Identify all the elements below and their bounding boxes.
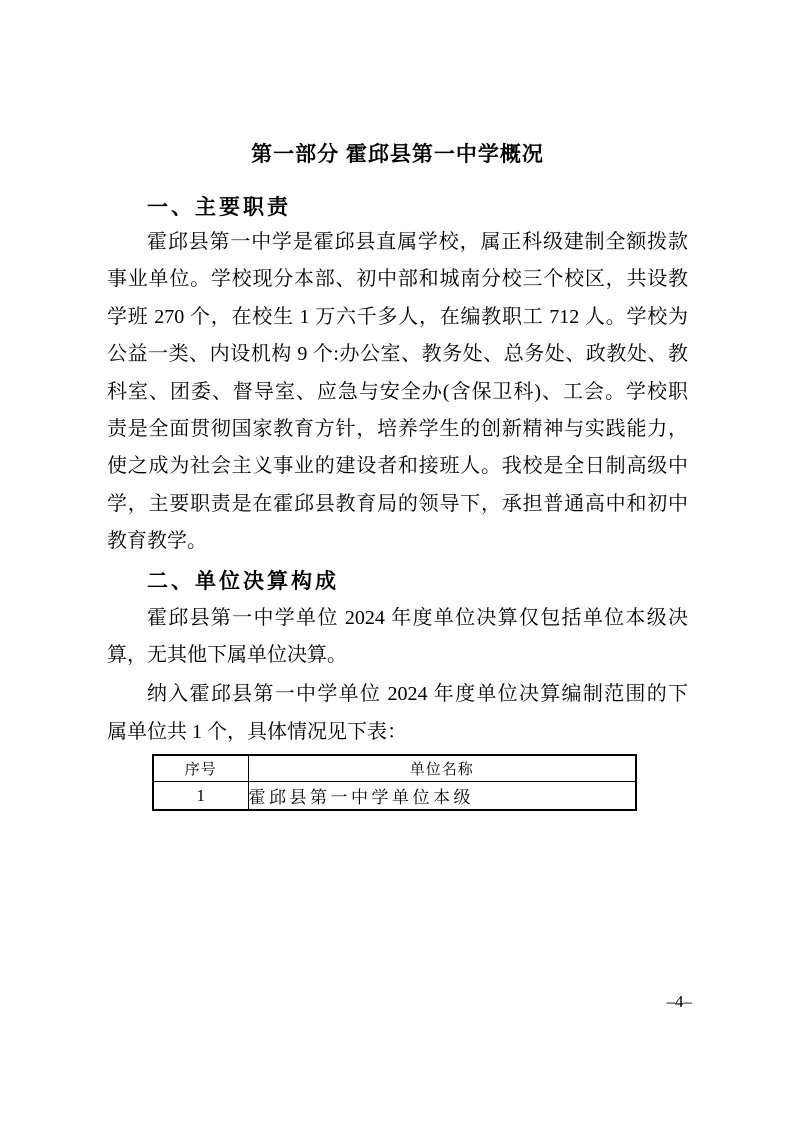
subordinate-units-table: 序号 单位名称 1 霍邱县第一中学单位本级 <box>152 754 637 811</box>
document-page: 第一部分 霍邱县第一中学概况 一、主要职责 霍邱县第一中学是霍邱县直属学校，属正… <box>0 0 793 1122</box>
page-number: –4– <box>667 991 693 1013</box>
section-1-paragraph: 霍邱县第一中学是霍邱县直属学校，属正科级建制全额拨款 事业单位。学校现分本部、初… <box>107 224 688 561</box>
table-row: 1 霍邱县第一中学单位本级 <box>153 782 636 811</box>
table-cell-unit-name: 霍邱县第一中学单位本级 <box>248 782 636 811</box>
paragraph-line: 科室、团委、督导室、应急与安全办(含保卫科)、工会。学校职 <box>107 374 688 411</box>
paragraph-line: 事业单位。学校现分本部、初中部和城南分校三个校区，共设教 <box>107 261 688 298</box>
paragraph-line: 公益一类、内设机构 9 个:办公室、教务处、总务处、政教处、教 <box>107 336 688 373</box>
table-header-index: 序号 <box>153 755 248 782</box>
paragraph-line: 责是全面贯彻国家教育方针，培养学生的创新精神与实践能力， <box>107 411 688 448</box>
paragraph-line: 教育教学。 <box>107 523 688 560</box>
section-1-heading: 一、主要职责 <box>107 195 688 221</box>
section-2-paragraph-1: 霍邱县第一中学单位 2024 年度单位决算仅包括单位本级决 算，无其他下属单位决… <box>107 600 688 675</box>
table-cell-index: 1 <box>153 782 248 811</box>
table-header-row: 序号 单位名称 <box>153 755 636 782</box>
paragraph-line: 霍邱县第一中学是霍邱县直属学校，属正科级建制全额拨款 <box>107 224 688 261</box>
paragraph-line: 霍邱县第一中学单位 2024 年度单位决算仅包括单位本级决 <box>107 600 688 637</box>
paragraph-line: 学班 270 个，在校生 1 万六千多人，在编教职工 712 人。学校为 <box>107 299 688 336</box>
document-title: 第一部分 霍邱县第一中学概况 <box>107 139 688 171</box>
paragraph-line: 算，无其他下属单位决算。 <box>107 637 688 674</box>
table-header-unit-name: 单位名称 <box>248 755 636 782</box>
paragraph-line: 使之成为社会主义事业的建设者和接班人。我校是全日制高级中 <box>107 448 688 485</box>
document-content: 第一部分 霍邱县第一中学概况 一、主要职责 霍邱县第一中学是霍邱县直属学校，属正… <box>107 139 688 811</box>
section-2-heading: 二、单位决算构成 <box>107 569 688 595</box>
paragraph-line: 学，主要职责是在霍邱县教育局的领导下，承担普通高中和初中 <box>107 486 688 523</box>
section-2-paragraph-2: 纳入霍邱县第一中学单位 2024 年度单位决算编制范围的下 属单位共 1 个，具… <box>107 676 688 751</box>
paragraph-line: 属单位共 1 个，具体情况见下表： <box>107 714 688 751</box>
paragraph-line: 纳入霍邱县第一中学单位 2024 年度单位决算编制范围的下 <box>107 676 688 713</box>
